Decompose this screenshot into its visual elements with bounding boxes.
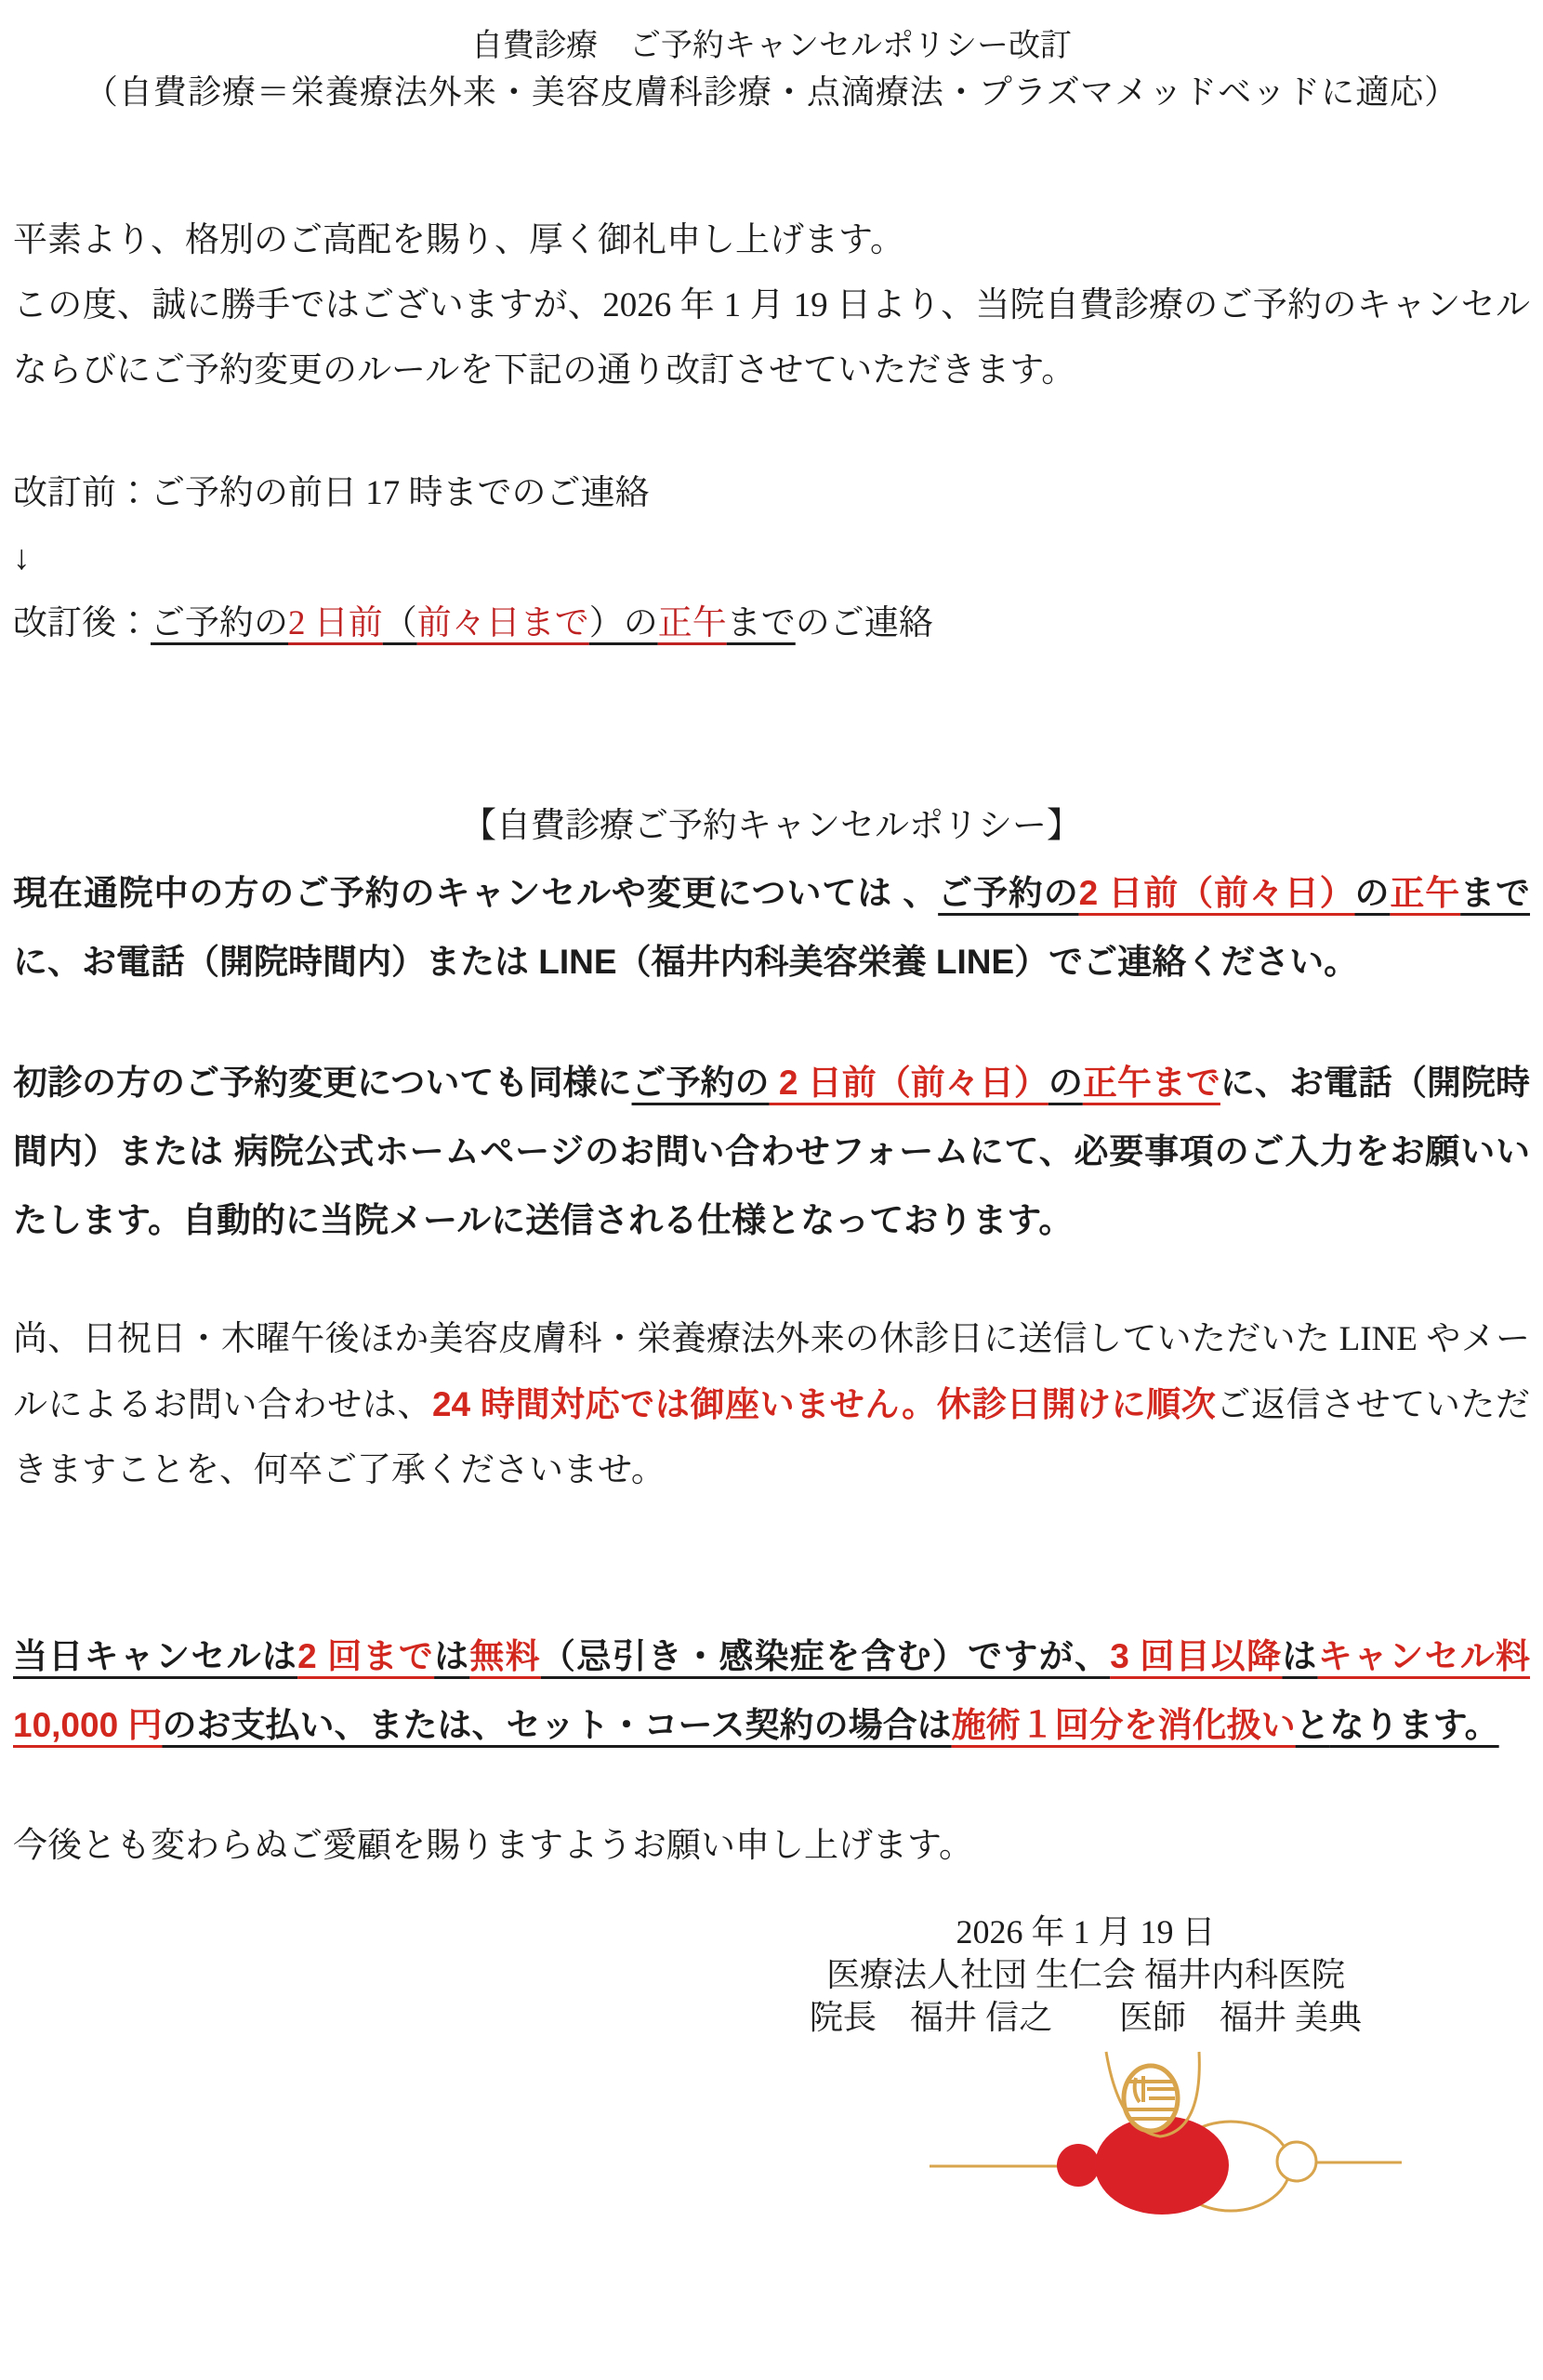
paragraph-current-patients: 現在通院中の方のご予約のキャンセルや変更については 、ご予約の2 日前（前々日）…	[13, 859, 1530, 997]
text-run: ）の	[589, 604, 658, 642]
highlight-noon: 正午	[658, 604, 727, 642]
highlight-not-24h: 24 時間対応では御座いません。休診日開けに順次	[432, 1385, 1216, 1423]
signature-names: 院長 福井 信之 医師 福井 美典	[798, 1996, 1374, 2039]
highlight-day-before-last: 前々日まで	[417, 604, 589, 642]
text-run: 当日キャンセルは	[13, 1637, 297, 1675]
paragraph-same-day-cancel: 当日キャンセルは2 回までは無料（忌引き・感染症を含む）ですが、3 回目以降はキ…	[13, 1622, 1530, 1760]
text-run: ご予約の	[632, 1064, 770, 1102]
greeting-paragraph: 平素より、格別のご高配を賜り、厚く御礼申し上げます。	[13, 208, 1530, 273]
clinic-logo-graphic	[924, 2044, 1407, 2221]
highlight-one-session-used: 施術１回分を消化扱い	[952, 1706, 1296, 1744]
highlight-two-days-before: 2 日前	[288, 604, 383, 642]
text-run: の	[1355, 874, 1391, 912]
text-run: ご予約の	[938, 874, 1079, 912]
logo-red-ellipse	[1095, 2116, 1229, 2215]
text-run: は	[1282, 1637, 1317, 1675]
text-run: 現在通院中の方のご予約のキャンセルや変更については 、	[13, 874, 938, 912]
logo-seal-icon	[1124, 2066, 1178, 2131]
document-title: 自費診療 ご予約キャンセルポリシー改訂	[13, 24, 1530, 69]
text-run: ご予約の前日 17 時までのご連絡	[151, 474, 650, 512]
logo-red-circle	[1057, 2144, 1100, 2187]
highlight-two-times: 2 回まで	[297, 1637, 434, 1675]
highlight-third-time: 3 回目以降	[1110, 1637, 1282, 1675]
text-run: （忌引き・感染症を含む）ですが、	[541, 1637, 1110, 1675]
signature-block: 2026 年 1 月 19 日 医療法人社団 生仁会 福井内科医院 院長 福井 …	[798, 1911, 1374, 2039]
page: { "colors": { "body_text": "#1c1c1c", "a…	[0, 0, 1543, 2380]
revision-after-line: 改訂後：ご予約の2 日前（前々日まで）の正午までのご連絡	[13, 591, 1530, 656]
text-run: 初診の方のご予約変更についても同様に	[13, 1064, 632, 1102]
highlight-two-days-before: 2 日前（前々日）	[1079, 874, 1355, 912]
revision-before-line: 改訂前：ご予約の前日 17 時までのご連絡	[13, 461, 1530, 526]
text-run: 改訂前：	[13, 474, 151, 512]
signature-clinic: 医療法人社団 生仁会 福井内科医院	[798, 1953, 1374, 1996]
document: 自費診療 ご予約キャンセルポリシー改訂 （自費診療＝栄養療法外来・美容皮膚科診療…	[0, 0, 1543, 2226]
text-run: と	[1296, 1706, 1330, 1744]
text-run: まで	[727, 604, 796, 642]
signature-date: 2026 年 1 月 19 日	[798, 1911, 1374, 1953]
text-run: ご予約の	[151, 604, 288, 642]
highlight-free: 無料	[469, 1637, 541, 1675]
text-run: のご連絡	[796, 604, 933, 642]
closing-paragraph: 今後とも変わらぬご愛顧を賜りますようお願い申し上げます。	[13, 1814, 1530, 1879]
text-run: に、お電話（開院時間内）または LINE（福井内科美容栄養 LINE）でご連絡く…	[13, 943, 1358, 981]
highlight-two-days-before: 2 日前（前々日）	[770, 1064, 1048, 1102]
revision-comparison: 改訂前：ご予約の前日 17 時までのご連絡 ↓ 改訂後：ご予約の2 日前（前々日…	[13, 461, 1530, 656]
text-run: のお支払い、または、セット・コース契約の場合は	[162, 1706, 951, 1744]
text-run: まで	[1460, 874, 1530, 912]
text-run: （	[383, 604, 417, 642]
revision-notice-paragraph: この度、誠に勝手ではございますが、2026 年 1 月 19 日より、当院自費診…	[13, 273, 1530, 403]
paragraph-holiday-response: 尚、日祝日・木曜午後ほか美容皮膚科・栄養療法外来の休診日に送信していただいた L…	[13, 1307, 1530, 1503]
document-subtitle: （自費診療＝栄養療法外来・美容皮膚科診療・点滴療法・プラズマメッドベッドに適応）	[13, 69, 1530, 115]
down-arrow: ↓	[13, 526, 1530, 591]
highlight-noon-deadline: 正午まで	[1083, 1064, 1220, 1102]
logo-gold-circle	[1277, 2142, 1316, 2181]
text-run: は	[434, 1637, 469, 1675]
highlight-noon: 正午	[1390, 874, 1460, 912]
text-run: 改訂後：	[13, 604, 151, 642]
text-run: なります。	[1330, 1706, 1499, 1744]
clinic-logo	[924, 2044, 1407, 2226]
text-run: の	[1048, 1064, 1083, 1102]
intro-section: 平素より、格別のご高配を賜り、厚く御礼申し上げます。 この度、誠に勝手ではござい…	[13, 208, 1530, 403]
paragraph-first-visit: 初診の方のご予約変更についても同様にご予約の 2 日前（前々日）の正午までに、お…	[13, 1049, 1530, 1255]
policy-heading: 【自費診療ご予約キャンセルポリシー】	[13, 794, 1530, 859]
